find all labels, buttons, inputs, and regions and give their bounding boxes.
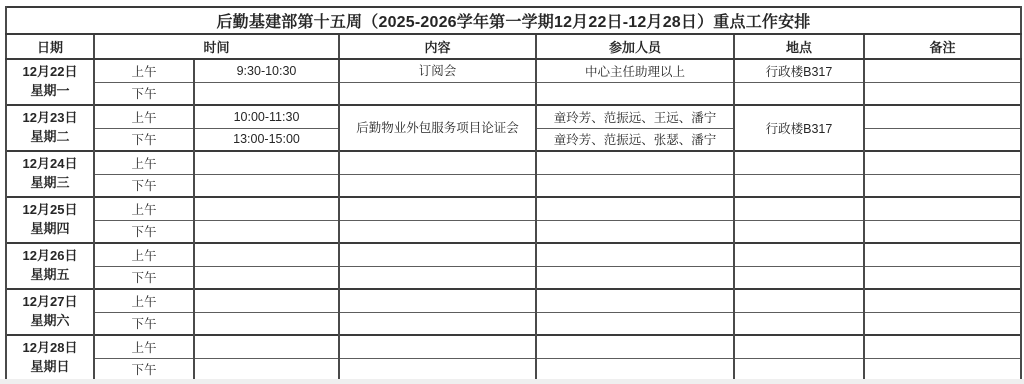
table-row: 12月22日 星期一 上午 9:30-10:30 订阅会 中心主任助理以上 行政… — [6, 59, 1021, 82]
period-cell-am: 上午 — [94, 59, 194, 82]
participants-cell — [536, 174, 734, 197]
date-label: 12月28日 — [12, 339, 88, 358]
table-row: 12月28日 星期日 上午 — [6, 335, 1021, 358]
time-cell — [194, 197, 339, 220]
time-cell: 13:00-15:00 — [194, 128, 339, 151]
content-cell: 订阅会 — [339, 59, 536, 82]
location-cell — [734, 151, 864, 174]
time-cell — [194, 243, 339, 266]
notes-cell — [864, 82, 1021, 105]
table-row: 下午 — [6, 312, 1021, 335]
participants-cell — [536, 197, 734, 220]
period-cell-pm: 下午 — [94, 220, 194, 243]
location-cell — [734, 82, 864, 105]
period-cell-pm: 下午 — [94, 312, 194, 335]
column-header-date: 日期 — [6, 34, 94, 59]
location-cell — [734, 197, 864, 220]
content-cell — [339, 335, 536, 358]
participants-cell — [536, 243, 734, 266]
participants-cell — [536, 312, 734, 335]
notes-cell — [864, 266, 1021, 289]
location-cell — [734, 358, 864, 381]
location-cell: 行政楼B317 — [734, 59, 864, 82]
content-cell — [339, 266, 536, 289]
content-cell — [339, 174, 536, 197]
content-cell — [339, 82, 536, 105]
time-cell — [194, 335, 339, 358]
content-cell — [339, 312, 536, 335]
notes-cell — [864, 335, 1021, 358]
period-cell-am: 上午 — [94, 105, 194, 128]
period-cell-am: 上午 — [94, 335, 194, 358]
time-cell: 10:00-11:30 — [194, 105, 339, 128]
date-cell: 12月27日 星期六 — [6, 289, 94, 335]
time-cell — [194, 151, 339, 174]
date-cell: 12月24日 星期三 — [6, 151, 94, 197]
table-row: 下午 — [6, 82, 1021, 105]
location-cell — [734, 220, 864, 243]
content-cell — [339, 243, 536, 266]
column-header-notes: 备注 — [864, 34, 1021, 59]
table-row: 下午 — [6, 220, 1021, 243]
participants-cell — [536, 289, 734, 312]
participants-cell: 童玲芳、范振远、张瑟、潘宁 — [536, 128, 734, 151]
notes-cell — [864, 243, 1021, 266]
participants-cell — [536, 151, 734, 174]
location-cell — [734, 289, 864, 312]
notes-cell — [864, 151, 1021, 174]
notes-cell — [864, 197, 1021, 220]
time-cell — [194, 266, 339, 289]
weekday-label: 星期六 — [12, 312, 88, 331]
location-cell: 行政楼B317 — [734, 105, 864, 151]
notes-cell — [864, 59, 1021, 82]
content-cell — [339, 220, 536, 243]
weekday-label: 星期日 — [12, 358, 88, 377]
location-cell — [734, 174, 864, 197]
location-cell — [734, 335, 864, 358]
page: 后勤基建部第十五周（2025-2026学年第一学期12月22日-12月28日）重… — [0, 0, 1024, 384]
period-cell-am: 上午 — [94, 243, 194, 266]
notes-cell — [864, 358, 1021, 381]
time-cell — [194, 289, 339, 312]
weekday-label: 星期三 — [12, 174, 88, 193]
notes-cell — [864, 174, 1021, 197]
period-cell-am: 上午 — [94, 289, 194, 312]
column-header-location: 地点 — [734, 34, 864, 59]
period-cell-pm: 下午 — [94, 266, 194, 289]
column-header-content: 内容 — [339, 34, 536, 59]
table-row: 下午 — [6, 266, 1021, 289]
date-label: 12月23日 — [12, 109, 88, 128]
location-cell — [734, 243, 864, 266]
column-header-participants: 参加人员 — [536, 34, 734, 59]
schedule-table: 后勤基建部第十五周（2025-2026学年第一学期12月22日-12月28日）重… — [5, 6, 1022, 382]
participants-cell — [536, 82, 734, 105]
weekday-label: 星期二 — [12, 128, 88, 147]
table-title: 后勤基建部第十五周（2025-2026学年第一学期12月22日-12月28日）重… — [6, 7, 1021, 34]
date-label: 12月22日 — [12, 63, 88, 82]
table-row: 下午 — [6, 174, 1021, 197]
date-label: 12月26日 — [12, 247, 88, 266]
content-cell — [339, 151, 536, 174]
location-cell — [734, 312, 864, 335]
date-cell: 12月25日 星期四 — [6, 197, 94, 243]
date-cell: 12月28日 星期日 — [6, 335, 94, 381]
period-cell-pm: 下午 — [94, 358, 194, 381]
notes-cell — [864, 128, 1021, 151]
period-cell-am: 上午 — [94, 151, 194, 174]
time-cell — [194, 220, 339, 243]
table-row: 12月23日 星期二 上午 10:00-11:30 后勤物业外包服务项目论证会 … — [6, 105, 1021, 128]
table-row: 下午 — [6, 358, 1021, 381]
participants-cell — [536, 220, 734, 243]
content-cell — [339, 289, 536, 312]
date-label: 12月25日 — [12, 201, 88, 220]
time-cell — [194, 174, 339, 197]
location-cell — [734, 266, 864, 289]
participants-cell: 中心主任助理以上 — [536, 59, 734, 82]
notes-cell — [864, 220, 1021, 243]
weekday-label: 星期五 — [12, 266, 88, 285]
date-label: 12月27日 — [12, 293, 88, 312]
column-header-time: 时间 — [94, 34, 339, 59]
notes-cell — [864, 289, 1021, 312]
participants-cell — [536, 358, 734, 381]
participants-cell — [536, 266, 734, 289]
time-cell — [194, 358, 339, 381]
table-row: 12月25日 星期四 上午 — [6, 197, 1021, 220]
table-row: 12月26日 星期五 上午 — [6, 243, 1021, 266]
notes-cell — [864, 312, 1021, 335]
period-cell-pm: 下午 — [94, 128, 194, 151]
participants-cell — [536, 335, 734, 358]
time-cell — [194, 82, 339, 105]
content-cell — [339, 197, 536, 220]
weekday-label: 星期四 — [12, 220, 88, 239]
period-cell-pm: 下午 — [94, 174, 194, 197]
time-cell — [194, 312, 339, 335]
participants-cell: 童玲芳、范振远、王远、潘宁 — [536, 105, 734, 128]
period-cell-am: 上午 — [94, 197, 194, 220]
date-label: 12月24日 — [12, 155, 88, 174]
content-cell — [339, 358, 536, 381]
content-cell: 后勤物业外包服务项目论证会 — [339, 105, 536, 151]
weekday-label: 星期一 — [12, 82, 88, 101]
notes-cell — [864, 105, 1021, 128]
period-cell-pm: 下午 — [94, 82, 194, 105]
date-cell: 12月22日 星期一 — [6, 59, 94, 105]
time-cell: 9:30-10:30 — [194, 59, 339, 82]
date-cell: 12月26日 星期五 — [6, 243, 94, 289]
table-row: 12月24日 星期三 上午 — [6, 151, 1021, 174]
date-cell: 12月23日 星期二 — [6, 105, 94, 151]
table-row: 12月27日 星期六 上午 — [6, 289, 1021, 312]
